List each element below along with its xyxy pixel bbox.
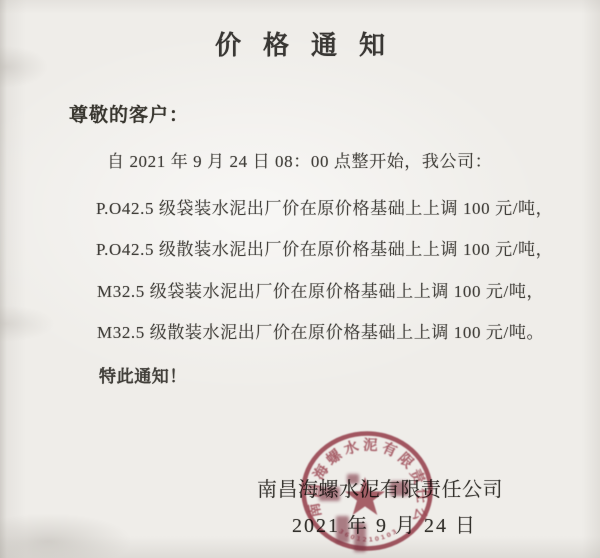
page-title: 价格通知 [0, 25, 600, 62]
closing-line: 特此通知！ [99, 362, 187, 387]
price-line: P.O42.5 级袋装水泥出厂价在原价格基础上上调 100 元/吨， [96, 194, 553, 219]
salutation: 尊敬的客户： [69, 100, 189, 127]
signature-company: 南昌海螺水泥有限责任公司 [257, 473, 503, 502]
price-line: M32.5 级散装水泥出厂价在原价格基础上上调 100 元/吨。 [97, 318, 544, 343]
signature-date: 2021 年 9 月 24 日 [292, 509, 477, 538]
notice-document: 价格通知 尊敬的客户： 自 2021 年 9 月 24 日 08：00 点整开始… [0, 0, 600, 558]
price-line: M32.5 级袋装水泥出厂价在原价格基础上上调 100 元/吨， [97, 277, 544, 302]
price-line: P.O42.5 级散装水泥出厂价在原价格基础上上调 100 元/吨， [96, 235, 553, 260]
intro-line: 自 2021 年 9 月 24 日 08：00 点整开始，我公司： [107, 147, 492, 172]
